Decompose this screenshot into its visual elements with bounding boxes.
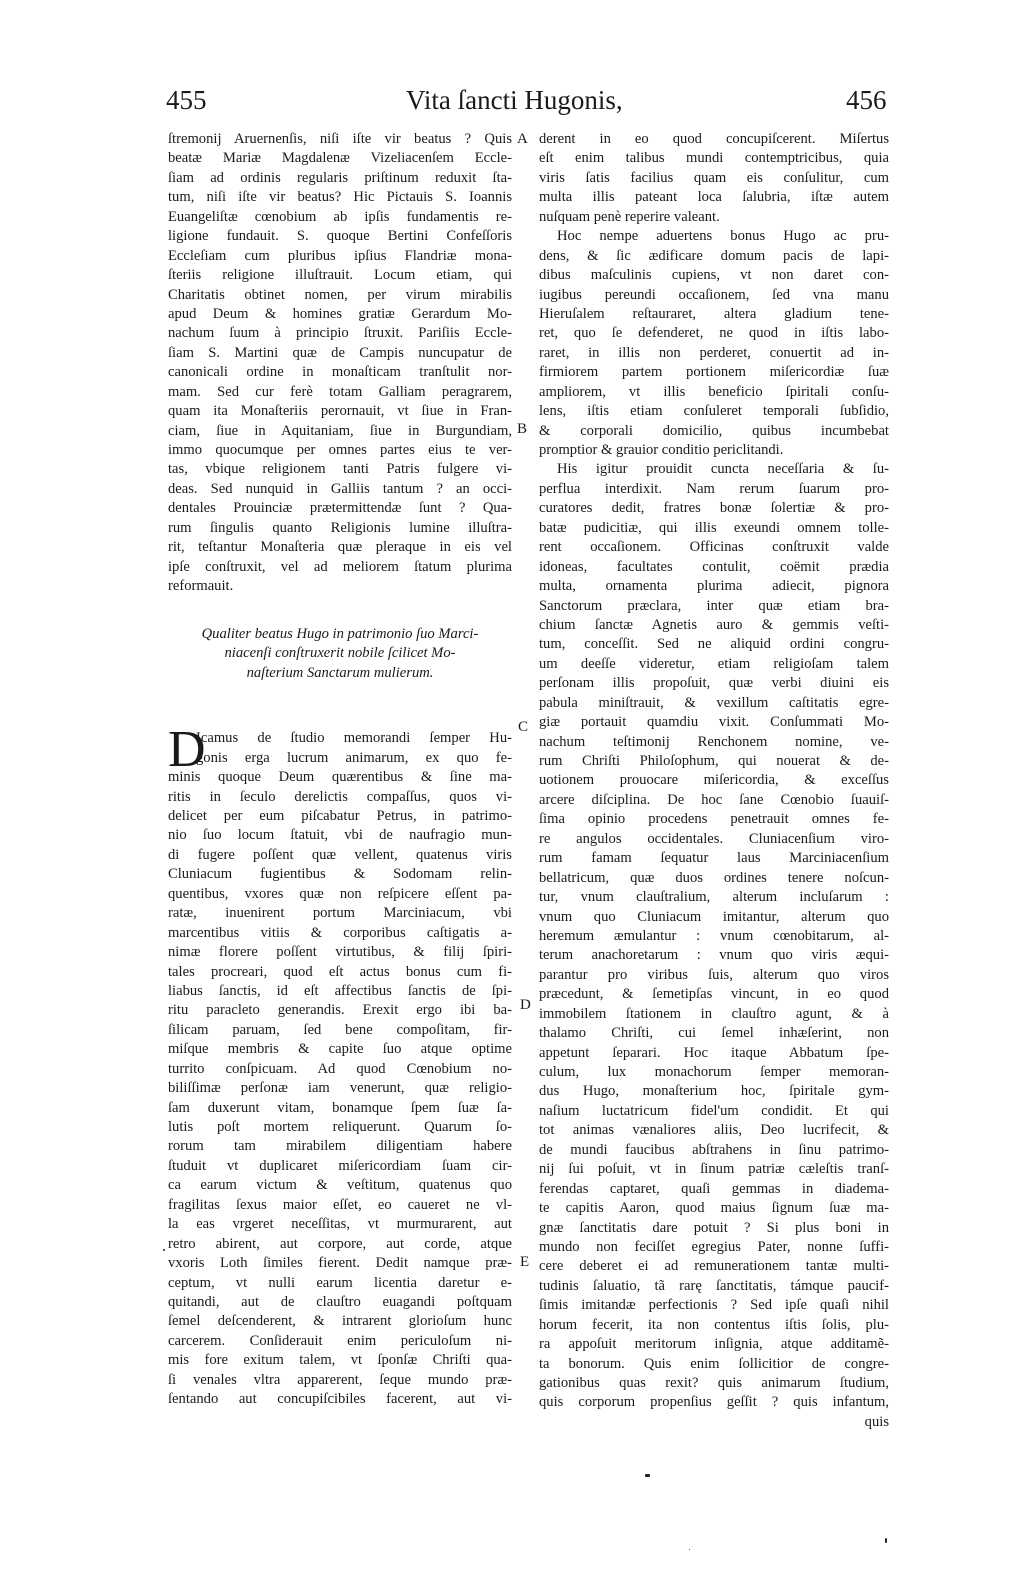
text-line: pabula miniſtrauit, & vexillum caſtitati…: [539, 694, 889, 713]
text-line: Icamus de ſtudio memorandi ſemper Hu-: [168, 729, 512, 748]
text-line: deas. Sed nunquid in Galliis tantum ? an…: [168, 480, 512, 499]
right-paragraph-3: His igitur prouidit cuncta neceſſaria & …: [539, 460, 889, 1432]
text-line: reformauit.: [168, 577, 512, 596]
heading-line: niacenſi conſtruxerit nobile ſcilicet Mo…: [182, 644, 498, 664]
text-line: mis fore exitum talem, vt ſponſæ Chriſti…: [168, 1351, 512, 1370]
text-line: quis corporum propenſius geſſit ? quis i…: [539, 1393, 889, 1412]
text-line: horum fecerit, ita non contentus iſtis ſ…: [539, 1316, 889, 1335]
text-line: nij ſui poſuit, vt in ſinum patriæ cæleſ…: [539, 1160, 889, 1179]
text-line: miſque membris & capite ſuo atque optime: [168, 1040, 512, 1059]
text-line: beatæ Mariæ Magdalenæ Vizeliacenſem Eccl…: [168, 149, 512, 168]
section-heading: Qualiter beatus Hugo in patrimonio ſuo M…: [182, 625, 498, 684]
text-line: ſiam ad ordinis regularis priſtinum redu…: [168, 169, 512, 188]
text-line: heremum æmulantur : vnum cœnobitarum, al…: [539, 927, 889, 946]
text-line: cere deberet ei ad remunerationem tantæ …: [539, 1257, 889, 1276]
text-line: mundo non feciſſet egregius Pater, nonne…: [539, 1238, 889, 1257]
text-line: dibus maſculinis cupiens, vt non daret c…: [539, 266, 889, 285]
text-line: viris ſatis facilius quam eis conſulitur…: [539, 169, 889, 188]
text-line: marcentibus vitiis & corporibus caſtigat…: [168, 924, 512, 943]
text-line: raret, in illis non perderet, conuertit …: [539, 344, 889, 363]
text-line: quentibus, vxores quæ non reſpicere eſſe…: [168, 885, 512, 904]
text-line: biliſſimæ perſonæ iam venerunt, quæ reli…: [168, 1079, 512, 1098]
text-line: ſtuduit vt duplicaret miſericordiam ſuam…: [168, 1157, 512, 1176]
text-line: apud Deum & homines gratiæ Gerardum Mo-: [168, 305, 512, 324]
text-line: ſilicam paruam, ſed bene compoſitam, fir…: [168, 1021, 512, 1040]
text-line: parantur pro viribus ſuis, alterum quo v…: [539, 966, 889, 985]
text-line: nachum teſtimonij Renchonem nomine, ve-: [539, 733, 889, 752]
text-line: ſi venales vltra apparerent, ſeque mundo…: [168, 1371, 512, 1390]
text-line: perſonam illis propoſuit, quæ verbi diui…: [539, 674, 889, 693]
text-line: vnum quo Cluniacum imitantur, alterum qu…: [539, 908, 889, 927]
text-line: chium ſanctæ Agnetis auro & gemmis veſti…: [539, 616, 889, 635]
text-line: terum anachoretarum : vnum quo viris æqu…: [539, 946, 889, 965]
right-column: derent in eo quod concupiſcerent. Miſert…: [539, 130, 889, 1432]
text-line: ſtremonij Aruernenſis, niſi iſte vir bea…: [168, 130, 512, 149]
left-column: ſtremonij Aruernenſis, niſi iſte vir bea…: [168, 130, 512, 1410]
text-line: tum, conceſſit. Sed ne aliquid ordini co…: [539, 635, 889, 654]
catchword: quis: [539, 1413, 889, 1432]
heading-line: naſterium Sanctarum mulierum.: [182, 664, 498, 684]
print-speck: [885, 1538, 887, 1543]
text-line: gnæ ſanctitatis dare potuit ? Si plus bo…: [539, 1219, 889, 1238]
text-line: tas, vbique religionem tanti Patris fulg…: [168, 460, 512, 479]
print-speck: [163, 1249, 165, 1251]
text-line: te capitis Aaron, quod maius ſignum ſuæ …: [539, 1199, 889, 1218]
text-line: lens, iſtis etiam conſuleret temporali ſ…: [539, 402, 889, 421]
text-line: derent in eo quod concupiſcerent. Miſert…: [539, 130, 889, 149]
text-line: turrito conſpicuam. Ad quod Cœnobium no-: [168, 1060, 512, 1079]
margin-letter-c: C: [518, 718, 528, 737]
right-paragraph-1: derent in eo quod concupiſcerent. Miſert…: [539, 130, 889, 227]
text-line: ipſe conſtruxit, vel ad meliorem ſtatum …: [168, 558, 512, 577]
text-line: ratæ, inuenirent portum Marciniacum, vbi: [168, 904, 512, 923]
text-line: de mundi faucibus abſtrahens in ſinu pat…: [539, 1141, 889, 1160]
text-line: eſt enim talibus mundi contemptricibus, …: [539, 149, 889, 168]
heading-line: Qualiter beatus Hugo in patrimonio ſuo M…: [182, 625, 498, 645]
text-line: rum ſingulis quanto Religionis lumine il…: [168, 519, 512, 538]
text-line: Sanctorum præclara, inter quæ etiam bra-: [539, 597, 889, 616]
text-line: tum, niſi iſte vir beatus? Hic Pictauis …: [168, 188, 512, 207]
text-line: canonicali ordine in monaſticam tranſtul…: [168, 363, 512, 382]
text-line: batæ pudicitiæ, qui illis exeundi omnem …: [539, 519, 889, 538]
running-title: Vita ſancti Hugonis,: [406, 82, 706, 118]
text-line: curatores dedit, fratres bonæ ſolertiæ &…: [539, 499, 889, 518]
left-paragraph-1: ſtremonij Aruernenſis, niſi iſte vir bea…: [168, 130, 512, 597]
text-line: thalamo Chriſti, cui ſemel inhæſerint, n…: [539, 1024, 889, 1043]
right-paragraph-2: Hoc nempe aduertens bonus Hugo ac pru- d…: [539, 227, 889, 460]
text-line: immobilem ſtationem in clauſtro agunt, &…: [539, 1005, 889, 1024]
text-line: dens, & ſic ædificare domum pacis de lap…: [539, 247, 889, 266]
text-line: ſiam S. Martini quæ de Campis nuncupatur…: [168, 344, 512, 363]
text-line: ret, quo ſe defenderet, ne quod in iſtis…: [539, 324, 889, 343]
margin-letter-a: A: [517, 130, 528, 149]
text-line: delicet per eum piſcabatur Petrus, in pa…: [168, 807, 512, 826]
text-line: Charitatis obtinet nomen, per virum mira…: [168, 286, 512, 305]
text-line: di fugere poſſent quæ vellent, quatenus …: [168, 846, 512, 865]
text-line: gationibus quas rexit? quis animarum ſtu…: [539, 1374, 889, 1393]
text-line: mam. Sed cur ferè totam Galliam peragrar…: [168, 383, 512, 402]
text-line: idoneas, facultates contulit, coëmit præ…: [539, 558, 889, 577]
text-line: ſam duxerunt vitam, bonamque ſpem ſuæ ſa…: [168, 1099, 512, 1118]
text-line: culum, lux monachorum ſemper memoran-: [539, 1063, 889, 1082]
text-line: fragilitas ſexus maior eſſet, eo caueret…: [168, 1196, 512, 1215]
text-line: Hieruſalem reſtauraret, altera gladium t…: [539, 305, 889, 324]
text-line: minis quoque Deum quærentibus & ſine ma-: [168, 768, 512, 787]
text-line: ciam, ſiue in Aquitaniam, ſiue in Burgun…: [168, 422, 512, 441]
text-line: promptior & grauior conditio periclitand…: [539, 441, 889, 460]
text-line: re angulos occidentales. Cluniacenſium v…: [539, 830, 889, 849]
text-line: nimæ florere poſſent virtutibus, & filij…: [168, 943, 512, 962]
text-line: ra appoſuit meritorum inſignia, atque ad…: [539, 1335, 889, 1354]
text-line: ſemel deſcenderent, & intrarent glorioſu…: [168, 1312, 512, 1331]
text-line: ta bonorum. Quis enim ſollicitior de con…: [539, 1355, 889, 1374]
text-line: ca earum victum & veſtitum, quatenus quo: [168, 1176, 512, 1195]
page-number-left: 455: [166, 82, 207, 118]
text-line: nio ſuo locum ſtatuit, vbi de naufragio …: [168, 826, 512, 845]
drop-cap: D: [168, 730, 206, 770]
text-line: firmiorem partem portionem miſericordiæ …: [539, 363, 889, 382]
text-line: tur, vnum clauſtralium, alterum incluſar…: [539, 888, 889, 907]
margin-letter-d: D: [520, 996, 531, 1015]
text-line: Cluniacum fugientibus & Sodomam relin-: [168, 865, 512, 884]
text-line: dus Hugo, monaſterium hoc, ſpiritale gym…: [539, 1082, 889, 1101]
left-paragraph-2: D Icamus de ſtudio memorandi ſemper Hu- …: [168, 729, 512, 1409]
text-line: præcedunt, & ſemetipſas vincunt, in eo q…: [539, 985, 889, 1004]
text-line: retro abirent, aut corpore, aut corde, a…: [168, 1235, 512, 1254]
text-line: giæ portauit quamdiu vixit. Conſummati M…: [539, 713, 889, 732]
text-line: rent occaſionem. Officinas conſtruxit va…: [539, 538, 889, 557]
text-line: carcerem. Conſiderauit enim periculoſum …: [168, 1332, 512, 1351]
text-line: ritu paracleto generandis. Erexit ergo i…: [168, 1001, 512, 1020]
text-line: naſium luctatricum fidel'um condidit. Et…: [539, 1102, 889, 1121]
text-line: ceptum, vt nulli earum licentia daretur …: [168, 1274, 512, 1293]
text-line: Eccleſiam cum pluribus ipſius Flandriæ m…: [168, 247, 512, 266]
text-line: ampliorem, vt illis beneficio ſpiritali …: [539, 383, 889, 402]
text-line: ſentando aut concupiſcibiles facerent, a…: [168, 1390, 512, 1409]
text-line: rit, teſtantur Monaſteria quæ pleraque i…: [168, 538, 512, 557]
text-line: liabus ſanctis, id eſt affectibus ſancti…: [168, 982, 512, 1001]
text-line: ligione fundauit. S. quoque Bertini Conf…: [168, 227, 512, 246]
text-line: lutis poſt mortem reliquerunt. Quarum ſo…: [168, 1118, 512, 1137]
text-line: gonis erga lucrum animarum, ex quo fe-: [168, 749, 512, 768]
text-line: His igitur prouidit cuncta neceſſaria & …: [539, 460, 889, 479]
text-line: nachum ſuum à principio ſtruxit. Pariſii…: [168, 324, 512, 343]
print-speck: [689, 1549, 690, 1550]
text-line: multa, ornamenta plurima adiecit, pignor…: [539, 577, 889, 596]
text-line: iugibus pereundi occaſionem, ſed vna man…: [539, 286, 889, 305]
text-line: & corporali domicilio, quibus incumbebat: [539, 422, 889, 441]
text-line: dentales Prouinciæ prætermittendæ ſunt ?…: [168, 499, 512, 518]
text-line: um deeſſe videretur, etiam religioſam ta…: [539, 655, 889, 674]
text-line: tot animas vænaliores aliis, Deo lucrife…: [539, 1121, 889, 1140]
text-line: nuſquam penè reperire valeant.: [539, 208, 889, 227]
text-line: tudinis ſaluatio, tã rarę ſanctitatis, t…: [539, 1277, 889, 1296]
text-line: Hoc nempe aduertens bonus Hugo ac pru-: [539, 227, 889, 246]
text-line: appetunt ſeparari. Hoc itaque Abbatum ſp…: [539, 1044, 889, 1063]
text-line: ſteriis religione illuſtrauit. Locum eti…: [168, 266, 512, 285]
text-line: rum Chriſti Philoſophum, qui nouerat & d…: [539, 752, 889, 771]
margin-letter-e: E: [520, 1253, 529, 1272]
text-line: la eas vrgeret neceſſitas, vt murmuraren…: [168, 1215, 512, 1234]
text-line: Euangeliſtæ cœnobium ab ipſis fundamenti…: [168, 208, 512, 227]
text-line: quam ita Monaſteriis perornauit, vt ſiue…: [168, 402, 512, 421]
print-speck: [645, 1474, 650, 1477]
text-line: ſimis imitandæ perfectionis ? Sed ipſe q…: [539, 1296, 889, 1315]
text-line: rorum tam mirabilem diligentiam habere: [168, 1137, 512, 1156]
book-page: 455 Vita ſancti Hugonis, 456 ſtremonij A…: [0, 0, 1024, 1572]
text-line: bellatricum, quæ duos ordines tenere noſ…: [539, 869, 889, 888]
text-line: arcere diſciplina. De hoc ſane Cœnobio ſ…: [539, 791, 889, 810]
text-line: rum famam ſequatur laus Marciniacenſium: [539, 849, 889, 868]
text-line: tales procreari, quod eſt actus bonus cu…: [168, 963, 512, 982]
margin-letter-b: B: [517, 420, 527, 439]
text-line: ferendas captaret, quaſi gemmas in diade…: [539, 1180, 889, 1199]
text-line: perflua interdixit. Nam rerum ſuarum pro…: [539, 480, 889, 499]
text-line: ſima opinio procedens penetrauit omnes f…: [539, 810, 889, 829]
text-line: vxoris Loth ſimiles fierent. Dedit namqu…: [168, 1254, 512, 1273]
text-line: uotionem prouocare miſericordia, & exceſ…: [539, 771, 889, 790]
text-line: ritis in ſeculo derelictis compaſſus, qu…: [168, 788, 512, 807]
text-line: immo quocumque per omnes partes eius te …: [168, 441, 512, 460]
text-line: quitandi, aut de clauſtro euagandi poſtq…: [168, 1293, 512, 1312]
page-number-right: 456: [846, 82, 887, 118]
text-line: multa illis pateant loca ſalubria, iſtæ …: [539, 188, 889, 207]
